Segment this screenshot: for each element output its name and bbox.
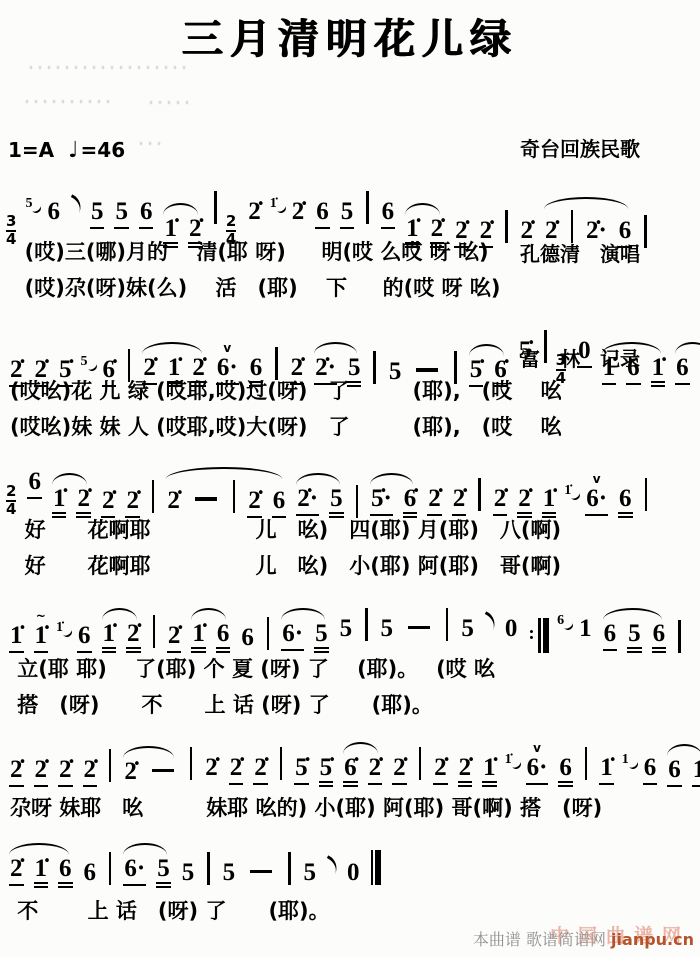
song-title: 三月清明花儿绿	[0, 6, 700, 65]
note: 1̇	[602, 355, 617, 385]
note: 5̇	[294, 755, 309, 785]
note: 6	[618, 486, 633, 518]
note-group: 2̇2̇2̇2̇	[4, 734, 118, 787]
note: 2̇	[493, 486, 508, 516]
barline	[645, 478, 647, 511]
time-signature-denominator: 4	[556, 369, 566, 387]
time-signature-numerator: 2	[6, 484, 16, 500]
slur-group: 5̇6̇	[464, 342, 513, 387]
note: 6	[240, 625, 255, 653]
trill-mark: ~	[36, 610, 46, 622]
lyrics-line: (哎)尕(呀)妹(么) 活 (耶) 下 的(哎 呀 吆)	[4, 270, 698, 306]
time-signature-denominator: 4	[6, 230, 16, 248]
quarter-note-icon: ♩	[68, 138, 78, 163]
note: 2̇	[101, 488, 116, 518]
breath-mark: v	[593, 473, 601, 485]
barline	[153, 615, 155, 648]
barline	[678, 620, 680, 653]
note: 2̇	[126, 621, 141, 653]
note: 6	[675, 355, 690, 385]
barline	[356, 485, 358, 518]
note: 5	[181, 860, 196, 888]
barline	[267, 617, 269, 650]
note: 2̇	[9, 856, 24, 886]
note: 5̇	[518, 338, 533, 366]
score-system: 2461̇2̇2̇2̇2̇2̇62̇·55̇·6̇2̇2̇2̇2̇1̇1̇6·v…	[4, 454, 698, 584]
duration-dash	[195, 497, 217, 500]
note: 2̇	[430, 216, 445, 248]
scan-smudge	[140, 142, 162, 145]
barline	[366, 191, 368, 224]
final-barline	[371, 850, 382, 885]
note-group: 2̇2̇5̇56̇	[4, 334, 137, 387]
note: 6·	[281, 621, 304, 651]
scan-smudge	[150, 101, 192, 104]
lyrics-line: (哎吆)妹 妹 人 (哎耶,哎)大(呀) 了 (耶), (哎 吆	[4, 409, 698, 445]
time-signature: 24	[226, 214, 236, 248]
note-group	[671, 605, 687, 653]
duration-dash	[408, 626, 430, 629]
note: 5	[90, 199, 105, 229]
note: 1̇	[163, 216, 178, 248]
note: 2̇·	[314, 355, 337, 385]
note: 2̇	[452, 486, 467, 516]
note: 2̇	[204, 755, 219, 783]
note: 2̇	[125, 488, 140, 518]
slur-group: 65	[670, 340, 700, 387]
note: 6	[249, 355, 264, 387]
repeat-dots: :	[528, 624, 534, 643]
time-signature: 34	[556, 353, 566, 387]
slur-group: 1̇61̇	[597, 340, 671, 387]
barline	[109, 852, 111, 885]
slur-group: 1̇2̇	[400, 201, 449, 248]
credit-source: 奇台回族民歌	[520, 132, 640, 167]
lyrics-line: 立(耶 耶) 了(耶) 个 夏 (呀) 了 (耶)。 (哎 吆	[4, 651, 698, 687]
sheet-music-page: 三月清明花儿绿 奇台回族民歌 孔德清 演唱 富 林 记录 1=A♩=46 345…	[0, 0, 700, 958]
barline	[207, 852, 209, 885]
note: 2̇	[544, 218, 559, 246]
note: 6	[272, 488, 287, 518]
barline	[233, 480, 235, 513]
note: 2̇	[123, 759, 138, 787]
note-group: 2̇	[146, 600, 187, 653]
note: 6	[667, 757, 682, 787]
note-group: 5̇340	[513, 315, 597, 387]
note: 6·v	[585, 486, 608, 516]
note: 2̇	[517, 486, 532, 518]
note: 6	[83, 860, 98, 888]
note-group: 6	[235, 602, 276, 653]
time-signature-numerator: 3	[6, 214, 16, 230]
note: 1̇	[9, 623, 24, 653]
note: 1̇	[34, 856, 49, 888]
note: 5	[340, 199, 355, 229]
note: 6	[626, 355, 641, 385]
note-group: 2̇2̇2̇2̇1̇1̇6·v6	[422, 463, 654, 518]
time-signature-numerator: 3	[556, 353, 566, 369]
slur-group: 2̇·5	[291, 471, 348, 518]
note-group: 2̇2̇	[96, 465, 161, 518]
duration-dash	[152, 769, 174, 772]
note: 6·v	[526, 755, 549, 785]
note: 1̇	[482, 755, 497, 787]
note: 6	[216, 621, 231, 653]
score-system: 2̇2̇5̇56̇2̇1̇2̇6·v62̇2̇·555̇6̇5̇3401̇61̇…	[4, 315, 698, 445]
note: 5	[627, 621, 642, 653]
barline	[571, 210, 573, 243]
final-barline-thin	[371, 850, 373, 885]
note: 2̇	[76, 486, 91, 518]
note: 2̇	[247, 488, 262, 518]
note: 2̇	[191, 355, 206, 387]
note: 2̇	[142, 355, 157, 385]
breath-mark: v	[223, 342, 231, 354]
key-tempo-line: 1=A♩=46	[8, 138, 125, 163]
note: 1̇~	[34, 623, 49, 653]
note: 2̇	[166, 488, 181, 516]
repeat-barline: :	[528, 618, 549, 653]
tempo-value: =46	[81, 138, 126, 162]
note: 2̇	[83, 757, 98, 787]
note: 5	[222, 860, 237, 888]
note: 2̇	[479, 218, 494, 248]
note: 6̇	[343, 755, 358, 787]
slur-group: 61̇	[662, 742, 700, 787]
final-barline-thick	[375, 850, 381, 885]
note: 1̇	[52, 486, 67, 518]
breath-mark: v	[533, 742, 541, 754]
barline	[280, 747, 282, 780]
time-signature-denominator: 4	[226, 230, 236, 248]
notation-line: 1̇1̇~1̇61̇2̇2̇1̇666·55550:61656	[4, 593, 698, 651]
portamento-fall-mark	[322, 855, 342, 874]
note: 2̇	[458, 755, 473, 787]
note: 2̇	[188, 216, 203, 248]
slur-group: 1̇2̇	[158, 201, 207, 248]
slur-group: 2̇	[118, 744, 183, 787]
slur-group: 2̇1̇2̇	[137, 340, 211, 387]
note: 2̇	[253, 755, 268, 785]
note: 0	[504, 616, 519, 644]
note: 1̇	[167, 355, 182, 387]
note-group: 2̇2̇2̇5̇5̇	[183, 732, 338, 787]
barline	[454, 351, 456, 384]
note: 1̇	[191, 621, 206, 653]
note: 6	[315, 199, 330, 229]
note: 5̇·	[370, 486, 393, 516]
barline	[644, 215, 646, 248]
note-group: 5550	[176, 835, 387, 888]
note: 2̇	[247, 199, 262, 227]
notation-line: 2̇2̇2̇2̇2̇2̇2̇2̇5̇5̇6̇2̇2̇2̇2̇1̇1̇6·v61̇…	[4, 732, 698, 790]
note-group: 5	[366, 336, 463, 387]
scan-smudge	[30, 66, 190, 69]
barline	[128, 349, 130, 382]
note: 0	[577, 338, 592, 368]
note: 2̇	[9, 357, 24, 387]
barline	[585, 747, 587, 780]
note-group: 5550:61	[334, 593, 598, 653]
note: 6	[381, 199, 396, 229]
barline	[109, 749, 111, 782]
score-system: 34565561̇2̇242̇1̇2̇6561̇2̇2̇2̇2̇2̇2̇·6 (…	[4, 176, 698, 306]
note-group: 1̇1̇~1̇6	[4, 606, 97, 653]
note: 6·	[123, 856, 146, 886]
note: 2̇	[520, 218, 535, 246]
slur-group: 1̇2̇	[47, 471, 96, 518]
repeat-barline-thin	[538, 618, 540, 653]
note: 6	[643, 755, 658, 785]
note: 6	[46, 199, 61, 227]
note: 2̇	[368, 755, 383, 785]
watermark: 本曲谱 歌谱简谱网 jianpu.cn	[473, 927, 694, 950]
note: 5	[339, 616, 354, 644]
note-group: 2̇2̇2̇	[449, 195, 539, 248]
note: 1̇	[692, 757, 700, 787]
barline	[478, 478, 480, 511]
note: 1̇	[102, 621, 117, 653]
note: 2̇	[9, 757, 24, 787]
repeat-barline-thick	[543, 618, 549, 653]
portamento-fall-mark	[479, 611, 499, 630]
lyrics-line: 好 花啊耶 儿 吆) 小(耶) 阿(耶) 哥(啊)	[4, 548, 698, 584]
slur-group: 2̇·5	[309, 340, 366, 387]
barline	[446, 608, 448, 641]
time-signature-numerator: 2	[226, 214, 236, 230]
notation-line: 34565561̇2̇242̇1̇2̇6561̇2̇2̇2̇2̇2̇2̇·6	[4, 176, 698, 234]
note: 5̇	[469, 357, 484, 387]
note: 6̇	[102, 357, 117, 387]
note-group: 6·v62̇	[211, 332, 309, 387]
lyrics-line: 尕呀 妹耶 吆 妹耶 吆的) 小(耶) 阿(耶) 哥(啊) 搭 (呀)	[4, 790, 698, 826]
lyrics-line: 搭 (呀) 不 上 话 (呀) 了 (耶)。	[4, 687, 698, 723]
score-system: 2̇1̇666·55550 不 上 话 (呀) 了 (耶)。	[4, 835, 698, 929]
note: 5	[347, 355, 362, 387]
note: 2̇	[58, 757, 73, 787]
slur-group: 6̇2̇	[338, 740, 387, 787]
note: 6	[603, 621, 618, 651]
note: 6	[652, 621, 667, 653]
note: 6	[618, 218, 633, 248]
note-group: 246	[4, 454, 47, 518]
note: 2̇	[454, 218, 469, 248]
note: 1̇	[599, 755, 614, 785]
barline	[214, 191, 216, 224]
key-signature: 1=A	[8, 138, 54, 162]
slur-group: 656	[598, 606, 672, 653]
notation-line: 2̇1̇666·55550	[4, 835, 698, 893]
barline	[190, 747, 192, 780]
note: 6̇	[493, 357, 508, 387]
barline	[365, 608, 367, 641]
note-group: 242̇1̇2̇656	[207, 176, 400, 248]
note: 2̇	[433, 755, 448, 785]
barline	[544, 330, 546, 363]
note-group: 6	[78, 837, 119, 888]
slur-group: 2̇2̇·6	[539, 195, 637, 248]
time-signature: 24	[6, 484, 16, 518]
slur-group: 6·5	[276, 606, 333, 653]
note: 1	[578, 616, 593, 644]
note: 2̇	[167, 623, 182, 653]
time-signature: 34	[6, 214, 16, 248]
note: 2̇	[290, 355, 305, 385]
note: 5	[114, 199, 129, 229]
note: 1̇	[651, 355, 666, 387]
note: 5	[460, 616, 475, 644]
note: 5	[329, 486, 344, 518]
slur-group: 1̇6	[186, 606, 235, 653]
slur-group: 2̇1̇6	[4, 841, 78, 888]
note: 6·v	[216, 355, 239, 385]
watermark-text: 本曲谱 歌谱简谱网	[473, 930, 611, 949]
note: 2̇	[427, 486, 442, 516]
note: 6	[139, 199, 154, 229]
note: 6	[77, 623, 92, 653]
time-signature-denominator: 4	[6, 500, 16, 518]
note: 5	[380, 616, 395, 644]
note: 6	[58, 856, 73, 888]
note: 1̇	[542, 486, 557, 518]
slur-group: 6·5	[118, 841, 175, 888]
barline	[419, 747, 421, 780]
note: 6	[27, 469, 42, 499]
note: 0	[346, 860, 361, 888]
barline	[275, 347, 277, 380]
barline	[505, 210, 507, 243]
note-group	[349, 470, 365, 518]
note: 1̇	[405, 216, 420, 248]
slur-group: 5̇·6̇	[365, 471, 422, 518]
barline	[152, 480, 154, 513]
note: 5	[314, 621, 329, 653]
note: 2̇	[34, 357, 49, 387]
portamento-fall-mark	[66, 194, 86, 213]
note: 5̇	[319, 755, 334, 787]
watermark-site-link[interactable]: jianpu.cn	[611, 930, 694, 949]
note: 2̇	[392, 755, 407, 785]
score-system: 2̇2̇2̇2̇2̇2̇2̇2̇5̇5̇6̇2̇2̇2̇2̇1̇1̇6·v61̇…	[4, 732, 698, 826]
note: 6	[558, 755, 573, 787]
scan-smudge	[26, 100, 116, 103]
note-group	[637, 200, 653, 248]
note: 2̇	[291, 199, 306, 227]
note: 5	[156, 856, 171, 888]
barline	[288, 852, 290, 885]
note-group: 2̇2̇2̇1̇1̇6·v61̇16	[387, 732, 662, 787]
note: 5	[303, 860, 318, 888]
slur-group: 1̇2̇	[97, 606, 146, 653]
note: 2̇·	[585, 218, 608, 246]
slur-group: 2̇2̇6	[161, 465, 291, 518]
note: 5	[388, 359, 403, 387]
note: 5̇	[58, 357, 73, 387]
barline	[373, 351, 375, 384]
note-group: 3456556	[4, 182, 158, 248]
duration-dash	[250, 870, 272, 873]
score: 34565561̇2̇242̇1̇2̇6561̇2̇2̇2̇2̇2̇2̇·6 (…	[4, 176, 698, 938]
duration-dash	[416, 368, 438, 371]
notation-line: 2461̇2̇2̇2̇2̇2̇62̇·55̇·6̇2̇2̇2̇2̇1̇1̇6·v…	[4, 454, 698, 512]
note: 2̇·	[296, 486, 319, 516]
note: 2̇	[229, 755, 244, 785]
score-system: 1̇1̇~1̇61̇2̇2̇1̇666·55550:61656 立(耶 耶) 了…	[4, 593, 698, 723]
note: 2̇	[34, 757, 49, 787]
notation-line: 2̇2̇5̇56̇2̇1̇2̇6·v62̇2̇·555̇6̇5̇3401̇61̇…	[4, 315, 698, 373]
note: 6̇	[403, 486, 418, 518]
